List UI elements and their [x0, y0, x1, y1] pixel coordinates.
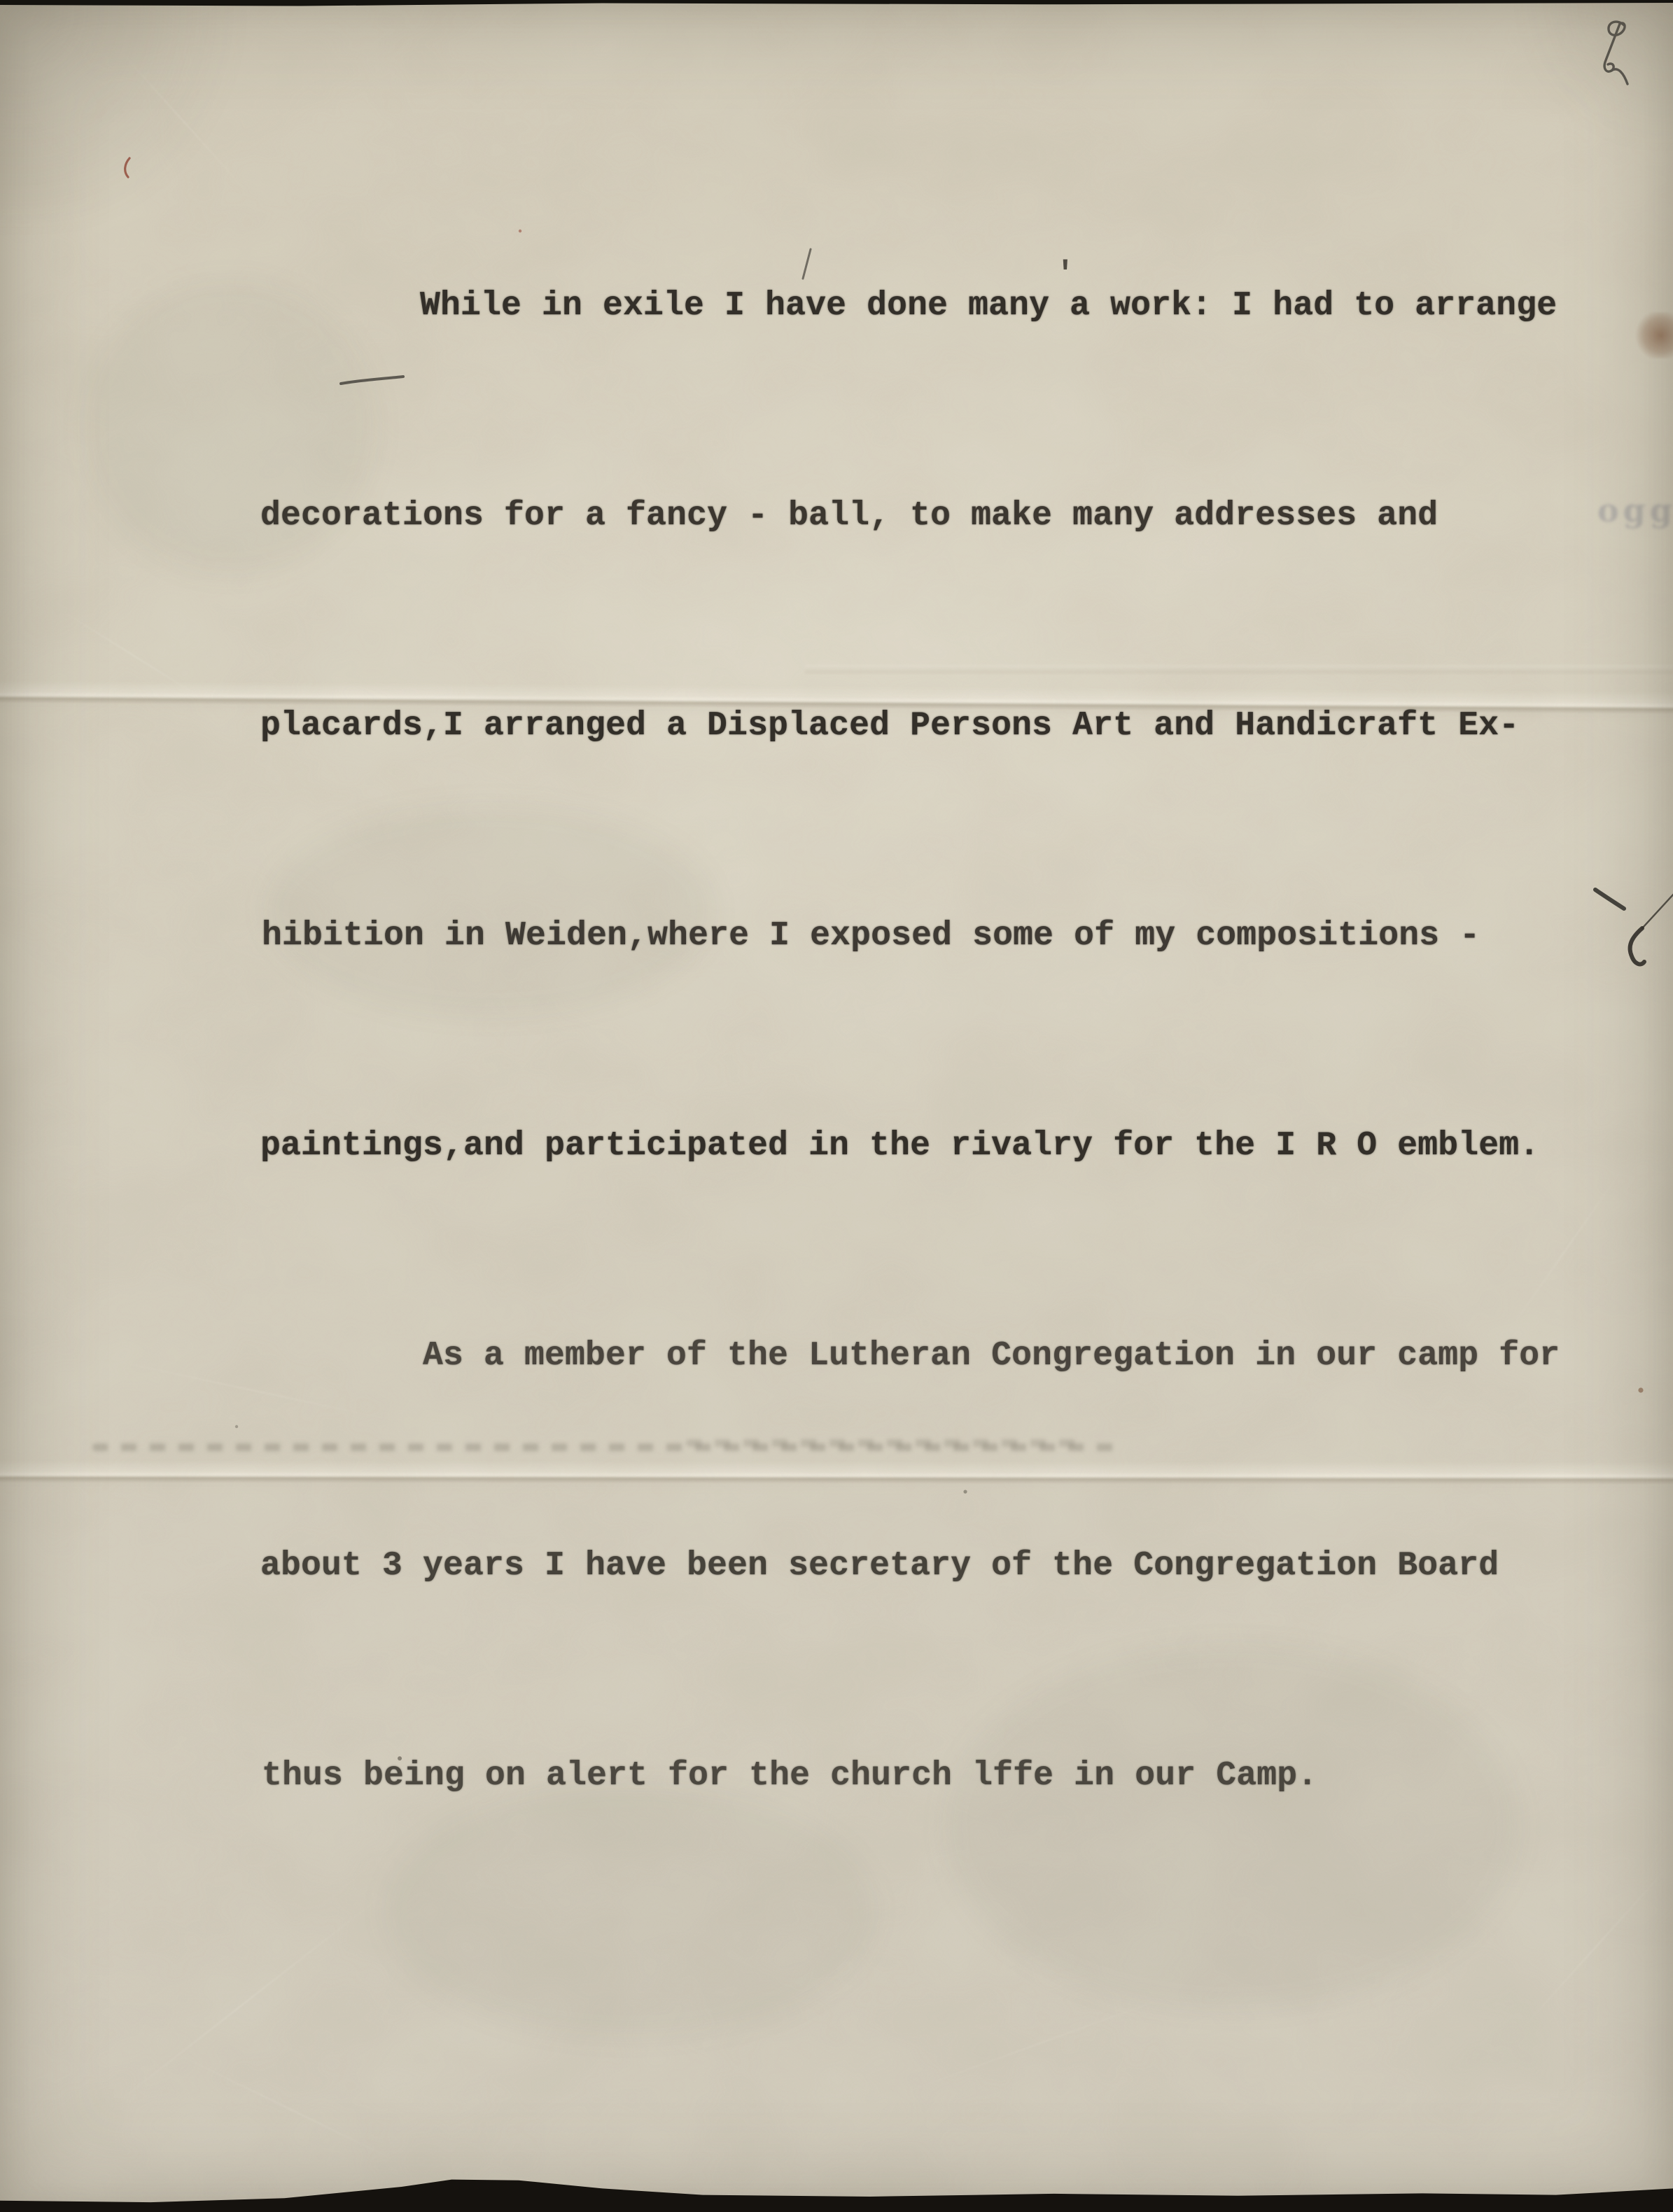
- document-page: While in exile I have done many a work: …: [0, 0, 1673, 2212]
- scan-vignette: [0, 0, 1673, 2212]
